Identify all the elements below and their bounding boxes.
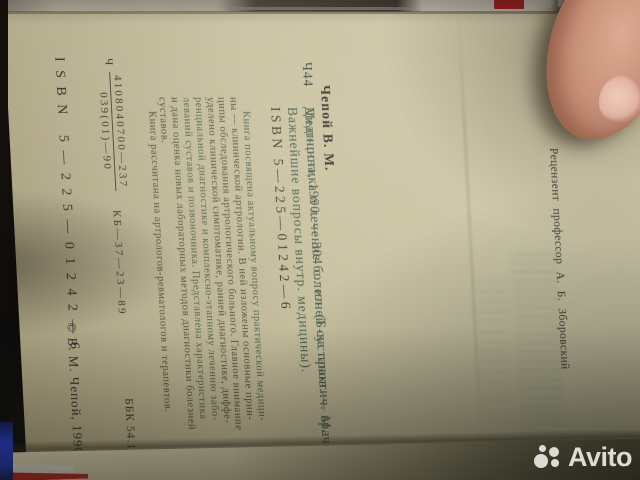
catalog-fraction: 4108040700—237039(01)—90 — [96, 72, 129, 191]
book-photo: Рецензент профессор А. Б. Зборовский Чеп… — [0, 0, 640, 480]
book-gutter-shadow — [0, 0, 8, 480]
catalog-suffix: КБ—37—23—89 — [110, 210, 128, 316]
avito-watermark: Avito — [534, 444, 632, 471]
catalog-number-row: Ч 4108040700—237039(01)—90 КБ—37—23—89 Б… — [92, 58, 143, 454]
red-cover-edge-right — [494, 0, 524, 9]
imprint-page: Рецензент профессор А. Б. Зборовский Чеп… — [3, 12, 640, 457]
avito-logo-icon — [534, 445, 561, 470]
catalog-prefix: Ч — [102, 58, 114, 65]
copyright-notice: © В. М. Чепой, 1990 — [63, 323, 86, 456]
page-edge-crease — [6, 11, 640, 14]
isbn-copyright-row: ISBN 5—225—01242—6 © В. М. Чепой, 1990 — [46, 57, 87, 455]
annotation-block: Книга посвящена актуальному вопросу прак… — [144, 97, 269, 457]
catalog-card: Чепой В. М. Ч44Диагностика и лечение бол… — [265, 62, 354, 457]
blue-cover-edge — [0, 422, 13, 480]
footer-isbn: ISBN 5—225—01242—6 — [50, 57, 82, 357]
show-through-text-smudge — [476, 280, 514, 430]
avito-brand-text: Avito — [568, 444, 632, 471]
paper-crease — [457, 12, 483, 457]
page-stack-line — [230, 7, 412, 10]
